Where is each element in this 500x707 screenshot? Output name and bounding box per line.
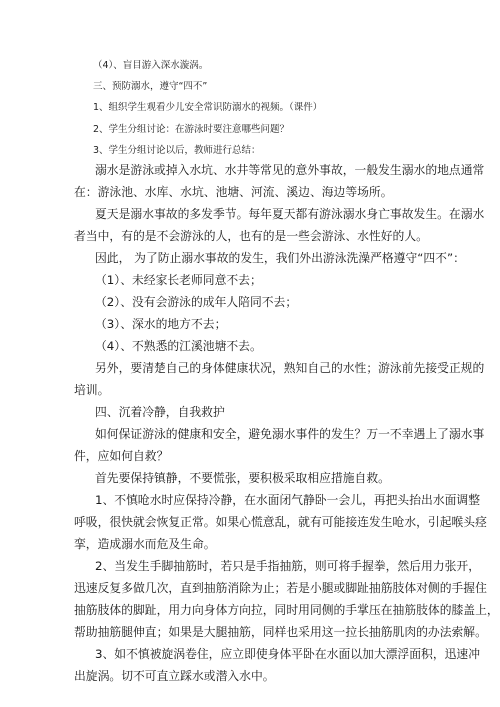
document-page: （4）、盲目游入深水漩涡。三、预防溺水，遵守“四不”1、组织学生观看少儿安全常识… [0, 0, 500, 707]
text-line: 首先要保持镇静，不要慌张，要积极采取相应措施自救。 [95, 469, 390, 486]
text-line: 夏天是溺水事故的多发季节。每年夏天都有游泳溺水身亡事故发生。在溺水 [95, 205, 484, 222]
text-line: 1、组织学生观看少儿安全常识防溺水的视频。（课件） [93, 99, 322, 113]
text-line: 3、如不慎被旋涡卷住，应立即使身体平卧在水面以加大漂浮面积，迅速冲 [95, 645, 480, 662]
text-line: （4）、盲目游入深水漩涡。 [93, 57, 208, 71]
text-line: （3）、深水的地方不去； [95, 315, 226, 332]
text-line: 另外，要清楚自己的身体健康状况，熟知自己的水性；游泳前先接受正规的 [95, 359, 484, 376]
text-line: 三、预防溺水，遵守“四不” [93, 78, 207, 92]
text-line: 帮助抽筋腿伸直；如果是大腿抽筋，同样也采用这一拉长抽筋肌肉的办法索解。 [74, 623, 487, 640]
text-line: 溺水是游泳或掉入水坑、水井等常见的意外事故，一般发生溺水的地点通常 [95, 161, 484, 178]
text-line: 在：游泳池、水库、水坑、池塘、河流、溪边、海边等场所。 [74, 183, 393, 200]
text-line: 呼吸，很快就会恢复正常。如果心慌意乱，就有可能接连发生呛水，引起喉头痉 [74, 513, 487, 530]
text-line: 培训。 [74, 381, 109, 398]
text-line: 挛，造成溺水而危及生命。 [74, 535, 216, 552]
text-line: 如何保证游泳的健康和安全，避免溺水事件的发生？万一不幸遇上了溺水事 [95, 425, 484, 442]
text-line: 3、学生分组讨论以后，教师进行总结： [93, 142, 261, 156]
text-line: 者当中，有的是不会游泳的人，也有的是一些会游泳、水性好的人。 [74, 227, 428, 244]
text-line: 件，应如何自救？ [74, 447, 168, 464]
text-line: 迅速反复多做几次，直到抽筋消除为止；若是小腿或脚趾抽筋肢体对侧的手握住 [74, 579, 487, 596]
text-line: 因此， 为了防止溺水事故的发生，我们外出游泳洗澡严格遵守“四不”： [95, 249, 465, 266]
text-line: （2）、没有会游泳的成年人陪同不去； [95, 293, 297, 310]
text-line: 2、学生分组讨论：在游泳时要注意哪些问题？ [93, 121, 289, 135]
text-line: （1）、未经家长老师同意不去； [95, 271, 262, 288]
text-line: 抽筋肢体的脚趾，用力向身体方向拉，同时用同侧的手掌压在抽筋肢体的膝盖上， [74, 601, 499, 618]
text-line: 2、当发生手脚抽筋时，若只是手指抽筋，则可将手握拳，然后用力张开， [95, 557, 480, 574]
text-line: 出旋涡。切不可直立踩水或潜入水中。 [74, 667, 275, 684]
text-line: （4）、不熟悉的江溪池塘不去。 [95, 337, 262, 354]
text-line: 1、不慎呛水时应保持冷静，在水面闭气静卧一会儿，再把头抬出水面调整 [95, 491, 480, 508]
text-line: 四、沉着冷静，自我救护 [95, 403, 225, 420]
